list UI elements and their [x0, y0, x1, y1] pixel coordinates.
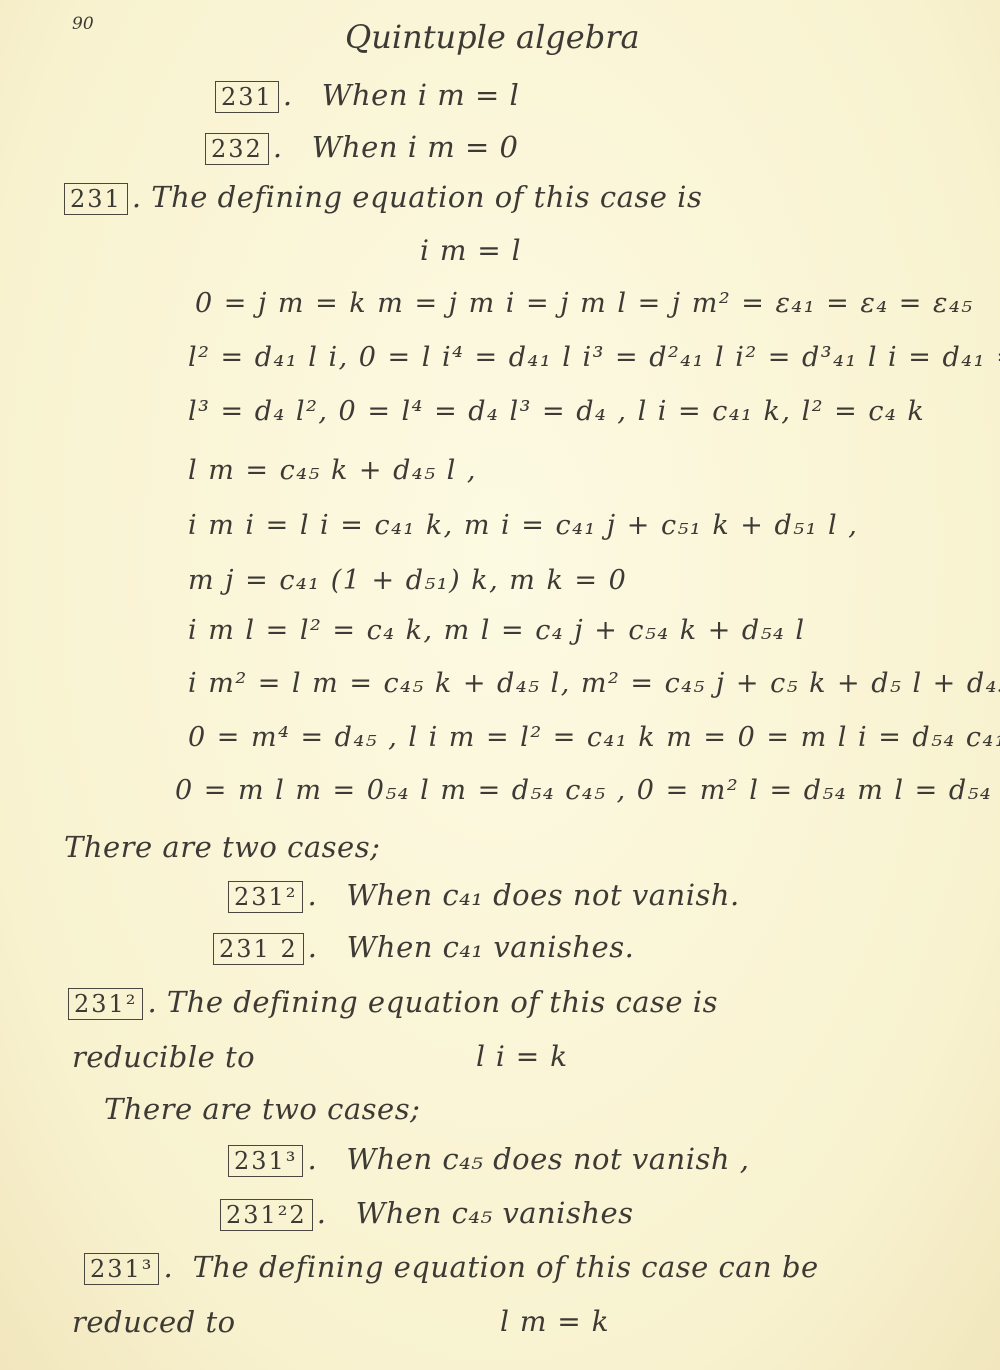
equation-line: l² = d₄₁ l i, 0 = l i⁴ = d₄₁ l i³ = d²₄₁…	[188, 342, 1000, 373]
equation-line: 0 = j m = k m = j m i = j m l = j m² = ε…	[195, 288, 974, 319]
defining-equation: l i = k	[476, 1040, 568, 1073]
reducible-to-text: reducible to	[72, 1040, 255, 1074]
reduced-to-text: reduced to	[72, 1305, 236, 1339]
equation-line: 0 = m l m = 0₅₄ l m = d₅₄ c₄₅ , 0 = m² l…	[175, 775, 992, 806]
case-2312-entry: 231². When c₄₁ does not vanish.	[228, 878, 740, 913]
section-tag: 231 2	[213, 933, 304, 965]
section-tag: 231	[64, 183, 128, 215]
equation-line: l³ = d₄ l², 0 = l⁴ = d₄ l³ = d₄ , l i = …	[188, 396, 925, 427]
defining-equation: i m = l	[420, 234, 522, 267]
section-tag: 231²	[68, 988, 143, 1020]
equation-line: l m = c₄₅ k + d₄₅ l ,	[188, 455, 477, 486]
case-23122-entry: 231²2. When c₄₅ vanishes	[220, 1196, 634, 1231]
section-tag: 231³	[84, 1253, 159, 1285]
two-cases-text: There are two cases;	[104, 1092, 420, 1126]
two-cases-text: There are two cases;	[64, 830, 380, 864]
case-231-entry: 231. When i m = l	[215, 78, 519, 113]
case-text: When c₄₁ vanishes.	[347, 930, 635, 964]
equation-line: m j = c₄₁ (1 + d₅₁) k, m k = 0	[188, 565, 627, 596]
case-text: When i m = l	[322, 78, 520, 112]
defining-equation: l m = k	[500, 1305, 610, 1338]
heading-text: The defining equation of this case is	[167, 985, 718, 1019]
case-2312b-entry: 231 2. When c₄₁ vanishes.	[213, 930, 634, 965]
section-2312-heading: 231². The defining equation of this case…	[68, 985, 718, 1020]
equation-line: i m i = l i = c₄₁ k, m i = c₄₁ j + c₅₁ k…	[188, 510, 858, 541]
case-text: When c₄₅ vanishes	[356, 1196, 634, 1230]
section-2313-heading: 231³. The defining equation of this case…	[84, 1250, 819, 1285]
section-tag: 231	[215, 81, 279, 113]
page-title: Quintuple algebra	[345, 18, 640, 56]
section-tag: 231²	[228, 881, 303, 913]
case-text: When i m = 0	[312, 130, 519, 164]
case-2313-entry: 231³. When c₄₅ does not vanish ,	[228, 1142, 749, 1177]
case-text: When c₄₅ does not vanish ,	[346, 1142, 749, 1176]
case-232-entry: 232. When i m = 0	[205, 130, 518, 165]
heading-text: The defining equation of this case can b…	[193, 1250, 819, 1284]
section-tag: 231²2	[220, 1199, 313, 1231]
manuscript-page: 90 Quintuple algebra 231. When i m = l 2…	[0, 0, 1000, 1370]
section-231-heading: 231. The defining equation of this case …	[64, 180, 702, 215]
section-tag: 231³	[228, 1145, 303, 1177]
page-number: 90	[72, 14, 94, 34]
equation-line: 0 = m⁴ = d₄₅ , l i m = l² = c₄₁ k m = 0 …	[188, 722, 1000, 753]
case-text: When c₄₁ does not vanish.	[346, 878, 739, 912]
equation-line: i m l = l² = c₄ k, m l = c₄ j + c₅₄ k + …	[188, 615, 806, 646]
equation-line: i m² = l m = c₄₅ k + d₄₅ l, m² = c₄₅ j +…	[188, 668, 1000, 699]
heading-text: The defining equation of this case is	[151, 180, 702, 214]
section-tag: 232	[205, 133, 269, 165]
